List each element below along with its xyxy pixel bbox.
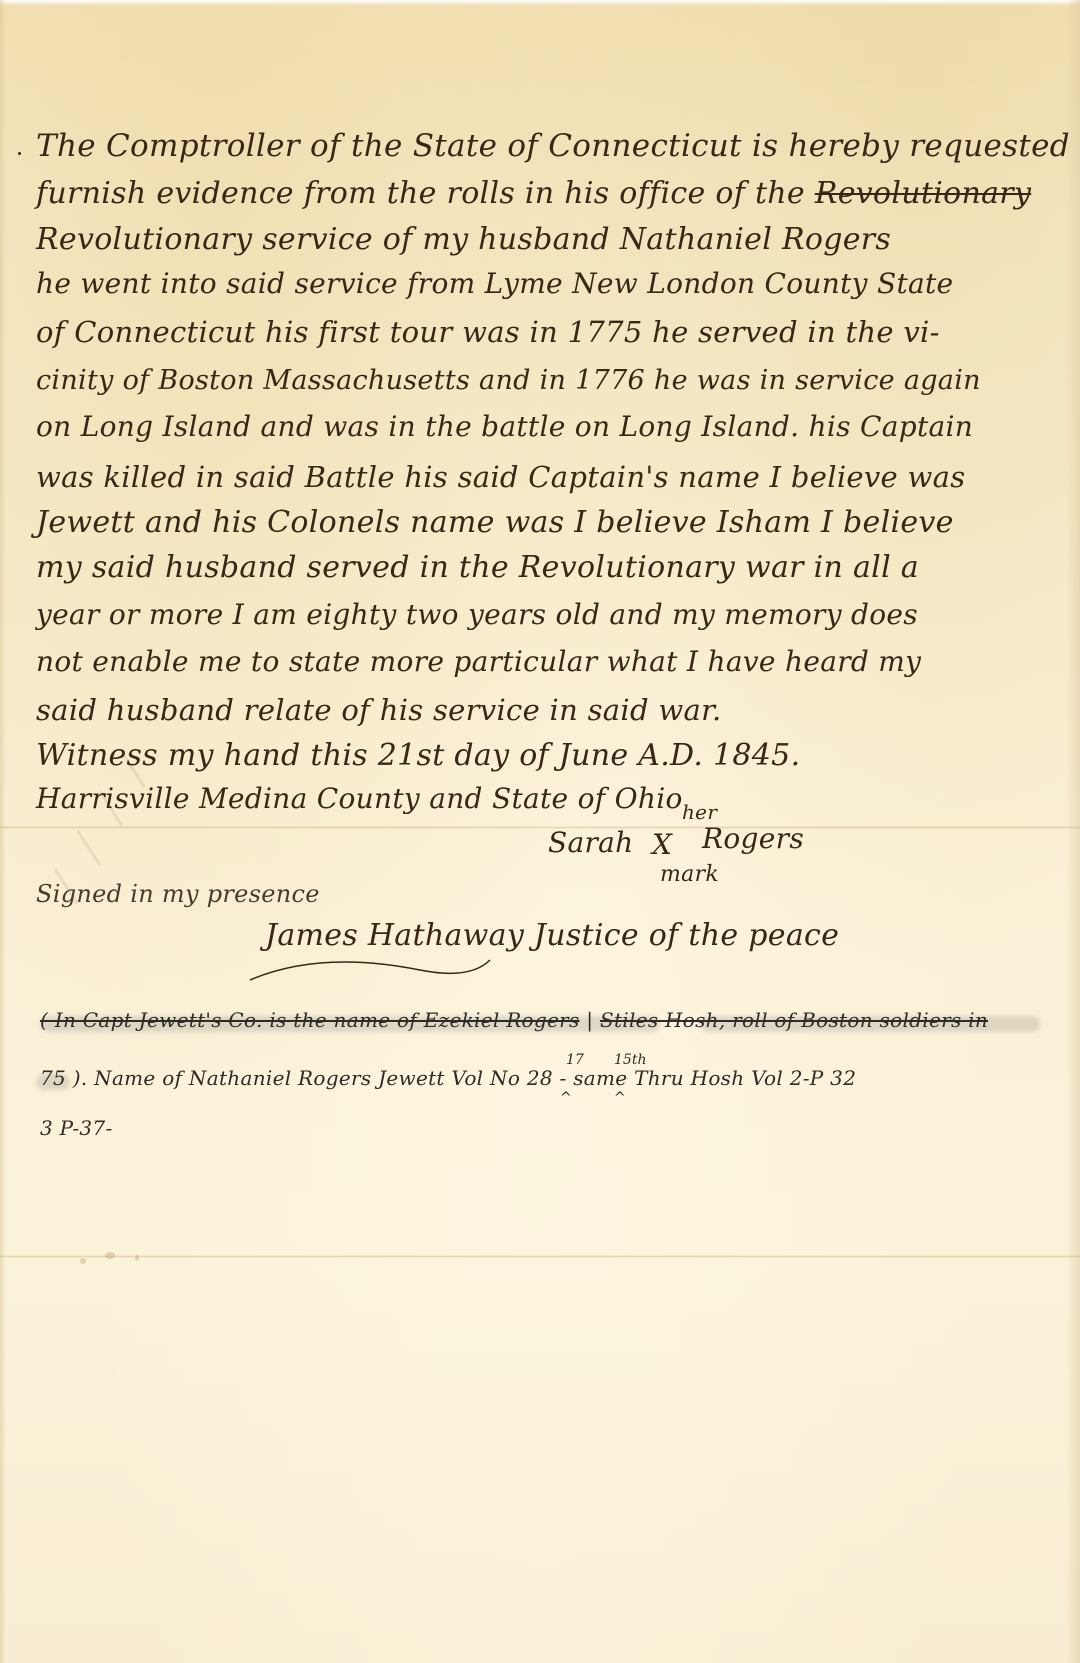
body-line: furnish evidence from the rolls in his o… [36, 176, 1031, 211]
annotation-line-1: ( In Capt Jewett's Co. is the name of Ez… [40, 1008, 988, 1032]
struck-word: Revolutionary [815, 176, 1031, 211]
annotation-no-insert: 15th [614, 1052, 646, 1068]
body-line: not enable me to state more particular w… [36, 645, 921, 678]
paper-edge-right [1066, 0, 1080, 1663]
body-line: of Connecticut his first tour was in 177… [36, 315, 940, 349]
body-line: was killed in said Battle his said Capta… [36, 460, 965, 494]
annotation-prefix: 75 ). [40, 1066, 87, 1090]
body-line: year or more I am eighty two years old a… [36, 598, 918, 631]
caret-mark: ^ [560, 1090, 572, 1106]
annotation-line-3: 3 P-37- [40, 1116, 113, 1140]
attestation-line: Signed in my presence [36, 880, 320, 908]
body-line: Jewett and his Colonels name was I belie… [36, 505, 954, 540]
body-line: he went into said service from Lyme New … [36, 267, 953, 300]
annotation-text: Name of Nathaniel Rogers Jewett Vol No 2… [94, 1066, 856, 1090]
ink-dot [18, 152, 21, 155]
paper-edge-left [0, 0, 6, 1663]
document-page: / / / / The Comptroller of the State of … [0, 0, 1080, 1663]
paper-stain [135, 1255, 139, 1261]
signature-last-name: Rogers [702, 822, 804, 855]
signature-mark-label: mark [660, 862, 719, 887]
body-line: cinity of Boston Massachusetts and in 17… [36, 365, 981, 396]
signature-mark-x: X [652, 828, 672, 861]
fold-line-upper [0, 826, 1080, 829]
body-line: on Long Island and was in the battle on … [36, 410, 973, 443]
body-line: my said husband served in the Revolution… [36, 550, 919, 585]
signature-first-name: Sarah [548, 826, 634, 859]
paper-stain [80, 1258, 86, 1264]
paper-edge-top [0, 0, 1080, 6]
annotation-line-2: 75 ). Name of Nathaniel Rogers Jewett Vo… [40, 1066, 856, 1090]
fold-line-lower [0, 1255, 1080, 1258]
annotation-struck-a: ( In Capt Jewett's Co. is the name of Ez… [40, 1008, 580, 1032]
body-line: said husband relate of his service in sa… [36, 693, 722, 727]
paper-stain [105, 1252, 115, 1259]
annotation-divider: | [586, 1008, 600, 1032]
witness-line: Witness my hand this 21st day of June A.… [36, 738, 800, 773]
annotation-vol-insert: 17 [566, 1052, 584, 1068]
body-line-text: furnish evidence from the rolls in his o… [36, 176, 805, 211]
annotation-struck-b: Stiles Hosh, roll of Boston soldiers in [600, 1008, 988, 1032]
body-line: Revolutionary service of my husband Nath… [36, 222, 891, 257]
signature-flourish [240, 940, 500, 1000]
signature-her: her [682, 800, 717, 824]
location-line: Harrisville Medina County and State of O… [36, 782, 683, 815]
body-line: The Comptroller of the State of Connecti… [36, 128, 1080, 164]
caret-mark: ^ [614, 1090, 626, 1106]
